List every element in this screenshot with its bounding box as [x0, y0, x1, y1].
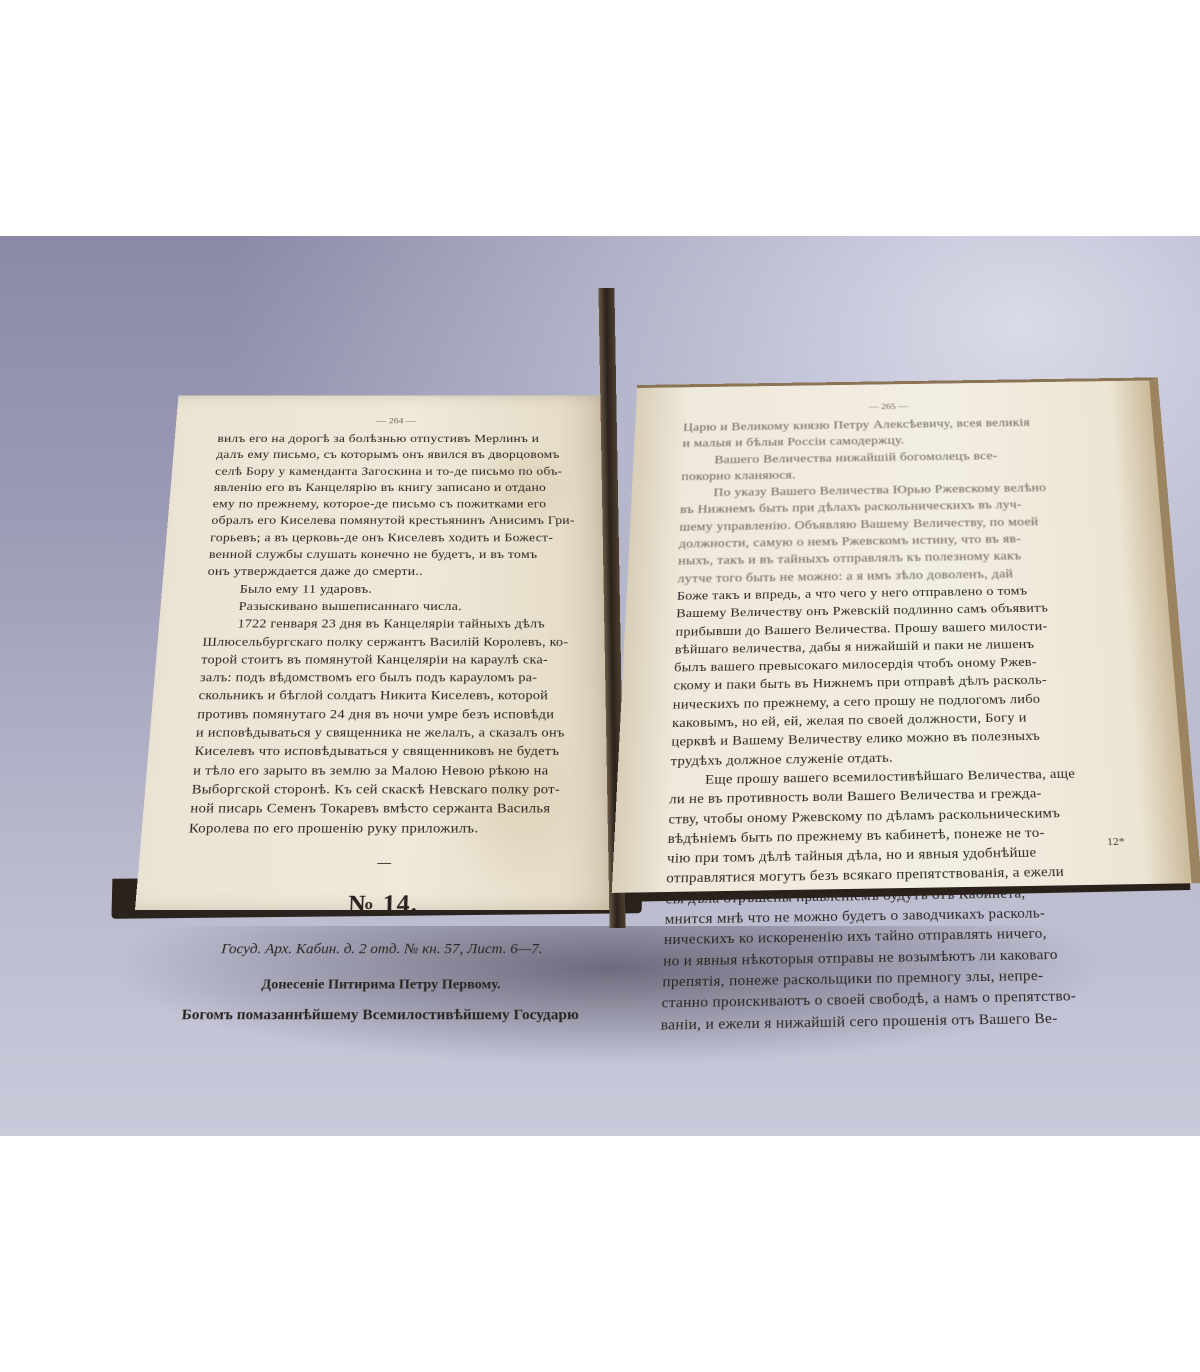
text-line: венной службы слушать конечно не будетъ,… [208, 547, 576, 564]
text-line: горьевъ; а въ церковь-де онъ Киселевъ хо… [210, 530, 576, 547]
text-line: и тѣло его зарыто въ землю за Малою Нево… [192, 762, 580, 781]
text-line: скольникъ и бѣглой солдатъ Никита Киселе… [198, 688, 579, 706]
signature-mark: 12* [1107, 835, 1126, 849]
text-line: селѣ Бору у камендантa Загоскина и то-де… [214, 464, 574, 480]
text-line: торой стоитъ въ помянутой Канцеляріи на … [201, 652, 579, 670]
text-line: явленію его въ Канцелярію въ книгу запис… [213, 480, 575, 496]
page-number: — 264 — [218, 417, 573, 426]
page-number: — 265 — [684, 399, 1093, 414]
text-line: Королева по его прошенію руку приложилъ. [188, 819, 581, 839]
text-line: залъ: подъ вѣдомствомъ его былъ подъ кар… [199, 669, 578, 687]
left-page-text: — 264 — вилъ его на дорогѣ за болѣзнью о… [175, 417, 586, 1025]
text-line: Киселевъ что исповѣдыватьcя у священнико… [194, 743, 580, 762]
blows-line: Было ему 11 ударовъ. [206, 581, 577, 598]
document-number: № 14. [182, 890, 583, 918]
left-page: — 264 — вилъ его на дорогѣ за болѣзнью о… [135, 396, 625, 910]
text-line: Шлюсельбургскаго полку сержантъ Василій … [202, 634, 578, 652]
salutation: Богомъ помазаннѣйшему Всемилостивѣйшему … [175, 1007, 586, 1024]
search-line: Разыскивано вышеписаннаго числа. [205, 599, 578, 617]
text-line: обралъ его Киселева помянутой крестьянин… [211, 513, 576, 530]
right-page: — 265 — Царю и Великому князю Петру Алек… [612, 377, 1200, 893]
text-line: далъ ему письмо, съ которымъ онъ явился … [216, 448, 575, 464]
text-line: онъ утверждается даже до смерти.. [207, 564, 576, 581]
archive-reference: Госуд. Арх. Кабин. д. 2 отд. № кн. 57, Л… [179, 941, 583, 957]
text-line: и исповѣдываться у священника не желалъ,… [195, 724, 579, 743]
section-divider [377, 863, 391, 864]
text-line: ной писарь Семенъ Токаревъ вмѣсто сержан… [190, 800, 582, 819]
document-title: Донесеніе Питирима Петру Первому. [177, 977, 585, 993]
text-line: противъ помянутаго 24 дня въ ночи умре б… [197, 706, 580, 724]
photo-background: — 264 — вилъ его на дорогѣ за болѣзнью о… [0, 236, 1200, 1136]
text-line: ему по прежнему, которое-де письмо съ по… [212, 497, 575, 514]
text-line: Выборгской сторонѣ. Къ сей скаскѣ Невска… [191, 781, 581, 800]
right-page-text: — 265 — Царю и Великому князю Петру Алек… [660, 399, 1135, 1036]
text-line: вилъ его на дорогѣ за болѣзнью отпустивъ… [217, 431, 574, 447]
text-line: 1722 генваря 23 дня въ Канцеляріи тайных… [203, 616, 577, 634]
